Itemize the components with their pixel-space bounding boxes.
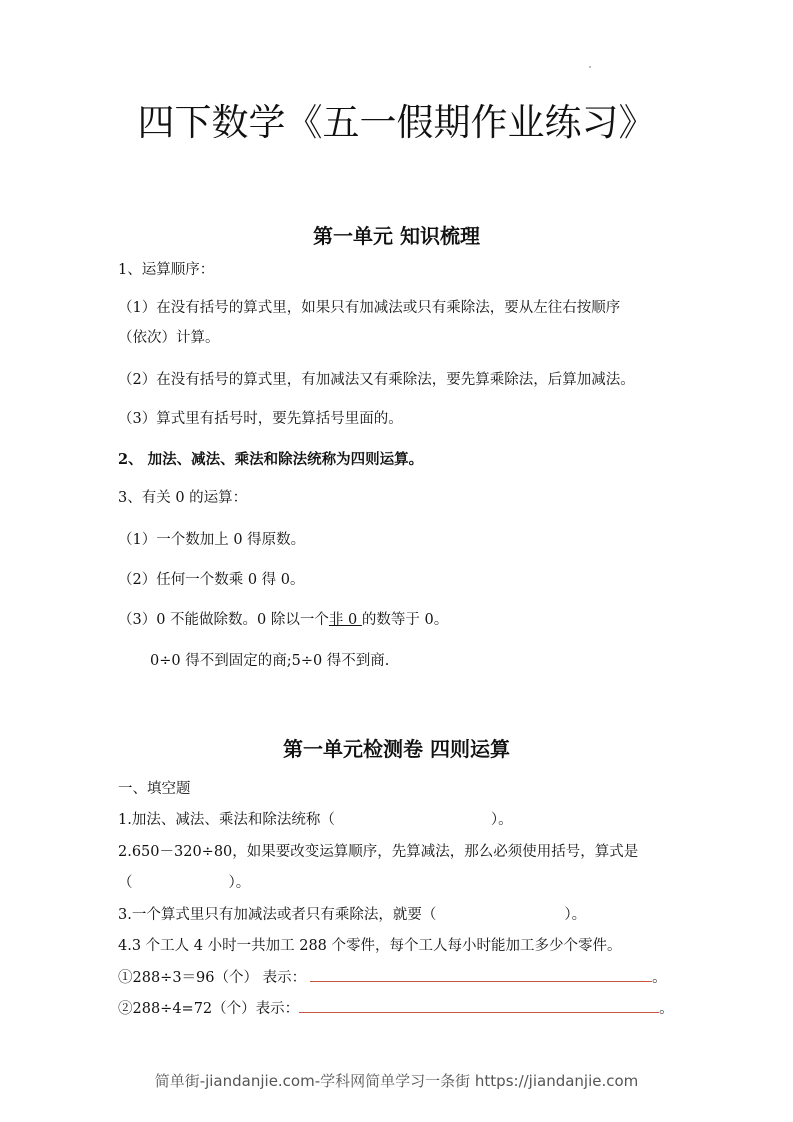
part-label: 一、填空题 (118, 779, 191, 799)
question-3-close: ）。 (564, 907, 586, 923)
item-1-sub2: （2）在没有括号的算式里，有加减法又有乘除法，要先算乘除法，后算加减法。 (118, 370, 635, 390)
question-4-b-answer-line[interactable] (299, 998, 659, 1013)
question-3: 3.一个算式里只有加减法或者只有乘除法，就要（）。 (118, 905, 586, 925)
question-4-a-text: ①288÷3＝96（个） 表示： (118, 970, 306, 986)
section-heading-knowledge: 第一单元 知识梳理 (0, 220, 793, 249)
item-3-sub3-post: 的数等于 0。 (362, 612, 448, 628)
item-3-sub3: （3）0 不能做除数。0 除以一个非 0 的数等于 0。 (118, 610, 448, 630)
item-3-sub1: （1）一个数加上 0 得原数。 (118, 530, 305, 550)
item-3-note: 0÷0 得不到固定的商;5÷0 得不到商. (150, 651, 389, 671)
question-4-a: ①288÷3＝96（个） 表示：。 (118, 967, 667, 988)
stray-dot (589, 66, 591, 68)
item-2: 2、 加法、减法、乘法和除法统称为四则运算。 (118, 450, 423, 470)
question-1-close: ）。 (491, 812, 513, 828)
question-4-b: ②288÷4=72（个）表示：。 (118, 998, 674, 1019)
question-3-text: 3.一个算式里只有加减法或者只有乘除法，就要（ (118, 907, 436, 923)
question-2-line1: 2.650－320÷80，如果要改变运算顺序，先算减法，那么必须使用括号，算式是 (118, 842, 638, 862)
question-1-text: 1.加法、减法、乘法和除法统称（ (118, 812, 335, 828)
page-title: 四下数学《五一假期作业练习》 (0, 92, 793, 146)
question-4-a-answer-line[interactable] (310, 967, 652, 982)
item-3-sub2: （2）任何一个数乘 0 得 0。 (118, 570, 305, 590)
question-2-close: ）。 (229, 875, 251, 891)
item-3-sub3-pre: （3）0 不能做除数。0 除以一个 (118, 612, 329, 628)
question-4-b-text: ②288÷4=72（个）表示： (118, 1001, 299, 1017)
item-1-sub1-line2: （依次）计算。 (118, 328, 220, 348)
item-1-sub1-line1: （1）在没有括号的算式里，如果只有加减法或只有乘除法，要从左往右按顺序 (118, 298, 620, 318)
item-3-sub3-underlined: 非 0 (329, 612, 362, 628)
question-4-b-end: 。 (659, 1001, 674, 1017)
item-1-label: 1、运算顺序： (118, 260, 214, 280)
question-2-open: （ (118, 875, 133, 891)
question-1: 1.加法、减法、乘法和除法统称（）。 (118, 810, 513, 830)
footer-watermark: 简单街-jiandanjie.com-学科网简单学习一条街 https://ji… (0, 1070, 793, 1091)
question-4-a-end: 。 (652, 970, 667, 986)
item-3-label: 3、有关 0 的运算： (118, 488, 247, 508)
question-4: 4.3 个工人 4 小时一共加工 288 个零件，每个工人每小时能加工多少个零件… (118, 936, 622, 956)
question-2-line2: （）。 (118, 873, 250, 893)
section-heading-test: 第一单元检测卷 四则运算 (0, 733, 793, 762)
item-1-sub3: （3）算式里有括号时，要先算括号里面的。 (118, 409, 403, 429)
